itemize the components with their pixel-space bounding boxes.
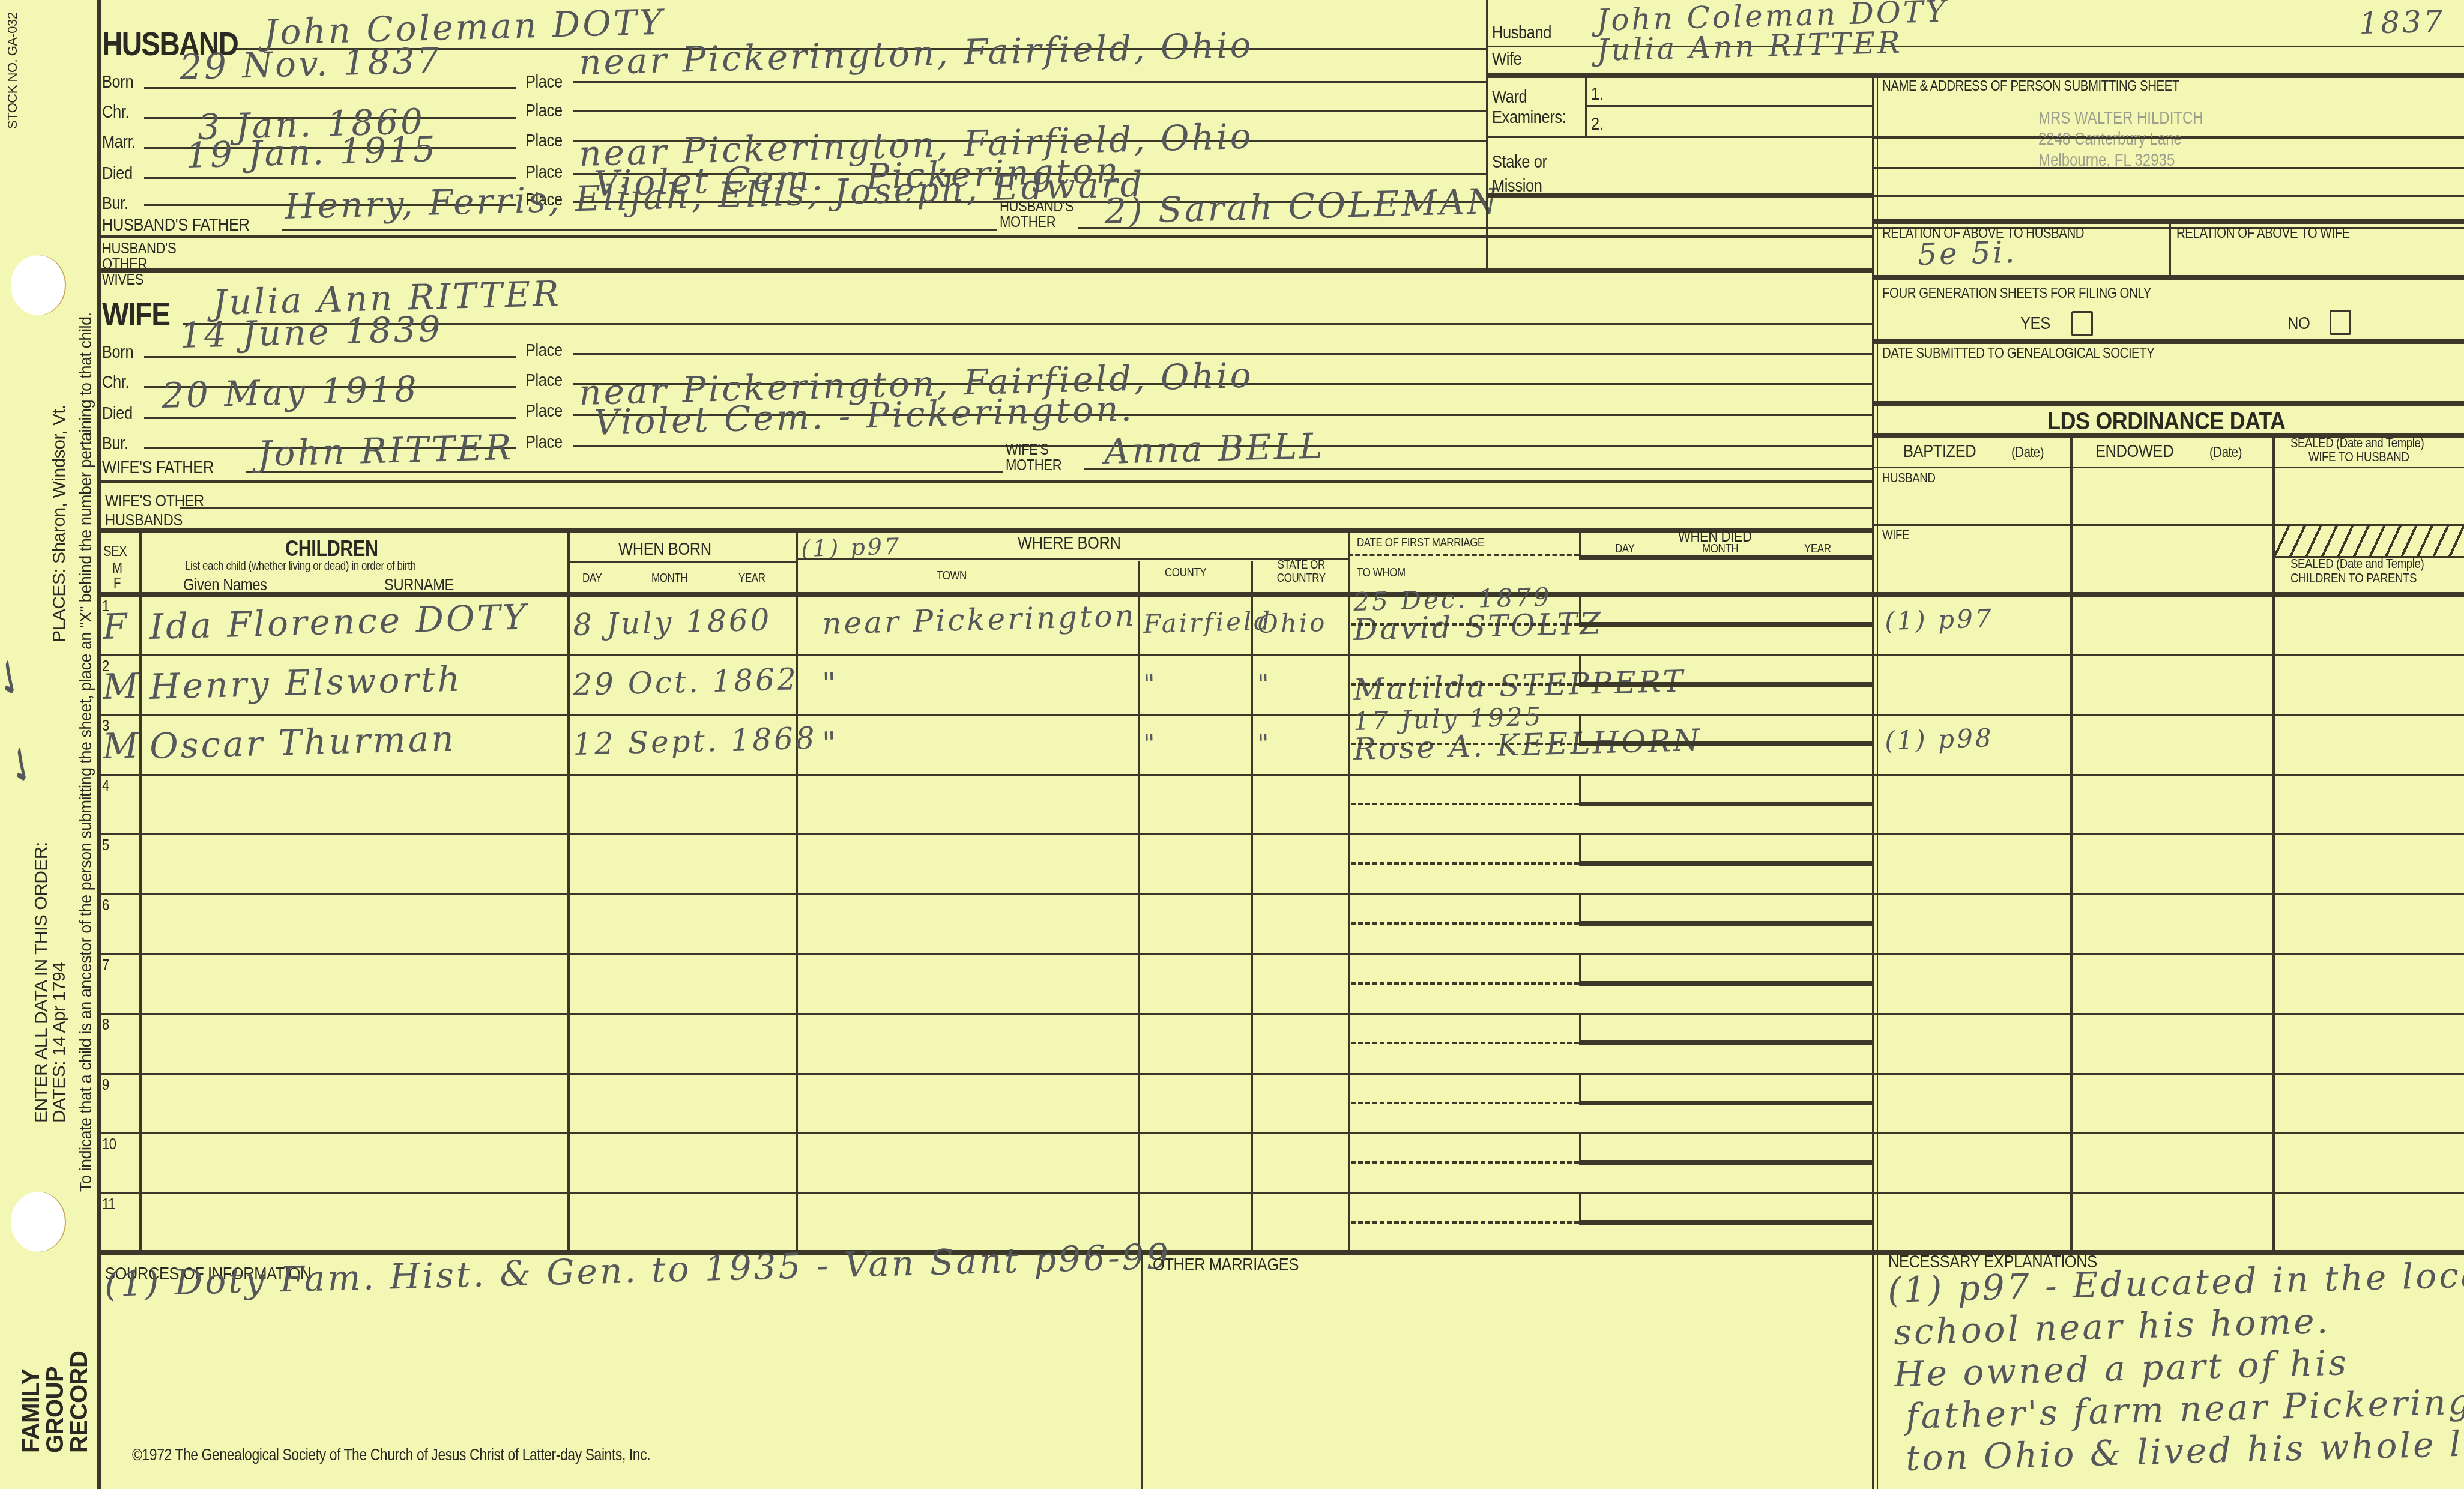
- born-month-header: MONTH: [651, 572, 687, 585]
- divider: [1579, 1013, 1581, 1043]
- table-row: [97, 774, 2464, 834]
- place-label: Place: [525, 72, 563, 92]
- dashed-rule: [1348, 554, 1579, 556]
- places-example: PLACES: Sharon, Windsor, Vt.: [49, 405, 70, 642]
- child-number: 5: [102, 836, 109, 854]
- header-wife-value[interactable]: Julia Ann RITTER: [1596, 25, 1903, 68]
- ancestor-note: To indicate that a child is an ancestor …: [77, 312, 95, 1192]
- died-year-header: YEAR: [1804, 542, 1831, 556]
- submitter-name: MRS WALTER HILDITCH: [2038, 108, 2203, 128]
- ward-examiner-2: 2.: [1591, 114, 1603, 134]
- child-lds-note[interactable]: (1) p97: [1885, 603, 1994, 636]
- wife-father-label: WIFE'S FATHER: [102, 458, 214, 478]
- wife-bur-label: Bur.: [102, 433, 128, 454]
- child-sex[interactable]: M: [102, 725, 141, 767]
- wife-died-date[interactable]: 20 May 1918: [161, 369, 420, 416]
- rule: [573, 110, 1488, 112]
- ward-examiners-label: Ward Examiners:: [1492, 87, 1576, 128]
- divider: [1579, 833, 1581, 863]
- rule: [1579, 741, 1873, 746]
- rule: [97, 235, 1874, 238]
- where-born-header: WHERE BORN: [1018, 533, 1120, 554]
- child-birth-state[interactable]: ": [1257, 729, 1272, 759]
- rule: [1579, 1220, 1873, 1225]
- child-spouse[interactable]: David STOLTZ: [1353, 606, 1603, 647]
- child-lds-note[interactable]: (1) p98: [1885, 723, 1994, 755]
- rule: [144, 87, 516, 89]
- dashed-rule: [1351, 982, 1579, 985]
- rule: [1874, 195, 2464, 197]
- wife-chr-label: Chr.: [102, 372, 129, 393]
- rule: [1579, 802, 1873, 806]
- divider: [1579, 1192, 1581, 1222]
- place-label: Place: [525, 340, 563, 361]
- state-header: STATE OR COUNTRY: [1268, 558, 1335, 585]
- rule: [567, 561, 796, 563]
- header-year[interactable]: 1837: [2358, 4, 2445, 41]
- husband-born-place[interactable]: near Pickerington, Fairfield, Ohio: [578, 25, 1254, 83]
- form-title-line-1: FAMILY: [18, 1369, 45, 1453]
- dates-example: DATES: 14 Apr 1794: [49, 962, 70, 1123]
- divider: [1579, 893, 1581, 923]
- child-sex[interactable]: F: [102, 606, 130, 647]
- no-label: NO: [2287, 313, 2310, 334]
- sex-m: M: [112, 560, 122, 577]
- wife-father[interactable]: John RITTER: [257, 427, 514, 474]
- child-birth-state[interactable]: Ohio: [1257, 608, 1327, 639]
- child-birth-date[interactable]: 29 Oct. 1862: [572, 662, 799, 702]
- relation-husband-value[interactable]: 5e 5i.: [1917, 235, 2017, 272]
- wife-born-date[interactable]: 14 June 1839: [179, 309, 443, 356]
- when-born-header: WHEN BORN: [618, 539, 711, 560]
- sealed-wife-sub: WIFE TO HUSBAND: [2308, 449, 2409, 465]
- table-row: [97, 833, 2464, 893]
- table-row: [97, 1073, 2464, 1133]
- child-birth-date[interactable]: 8 July 1860: [572, 602, 772, 642]
- rule: [97, 480, 1874, 483]
- rule: [1874, 467, 2464, 468]
- place-label: Place: [525, 101, 563, 121]
- dashed-rule: [1351, 1221, 1579, 1224]
- submitter-street: 2248 Canterbury Lane: [2038, 129, 2182, 150]
- sex-header: SEX: [103, 543, 127, 560]
- husband-chr-label: Chr.: [102, 102, 129, 122]
- divider: [1579, 953, 1581, 983]
- yes-checkbox[interactable]: [2071, 311, 2093, 336]
- dashed-rule: [1351, 683, 1579, 686]
- dashed-rule: [1351, 1102, 1579, 1104]
- to-whom-header: TO WHOM: [1357, 566, 1406, 580]
- sex-f: F: [113, 575, 121, 592]
- wife-mother-label: WIFE'S MOTHER: [1006, 441, 1057, 473]
- rule: [97, 1250, 2464, 1255]
- dashed-rule: [1351, 1042, 1579, 1044]
- binder-hole: [11, 1192, 65, 1252]
- child-birth-date[interactable]: 12 Sept. 1868: [572, 721, 817, 763]
- first-marriage-header: DATE OF FIRST MARRIAGE: [1357, 536, 1484, 550]
- rule: [1579, 555, 1873, 560]
- wife-other-husbands-label: WIFE'S OTHER HUSBANDS: [105, 491, 217, 530]
- child-number: 10: [102, 1135, 116, 1153]
- rule: [796, 558, 1348, 560]
- rule: [97, 528, 1874, 533]
- place-label: Place: [525, 432, 563, 453]
- baptized-header: BAPTIZED: [1903, 441, 1976, 462]
- husband-died-label: Died: [102, 163, 133, 184]
- wife-died-label: Died: [102, 403, 133, 424]
- child-number: 4: [102, 776, 109, 795]
- rule: [1874, 401, 2464, 406]
- husband-died-date[interactable]: 19 Jan. 1915: [185, 128, 438, 176]
- table-row: [97, 893, 2464, 953]
- divider: [1486, 0, 1488, 270]
- divider: [1579, 714, 1581, 744]
- lds-husband-label: HUSBAND: [1882, 470, 1935, 486]
- hatched-area: [2274, 526, 2464, 556]
- yes-label: YES: [2020, 313, 2050, 334]
- divider: [1579, 594, 1581, 624]
- divider: [1579, 774, 1581, 804]
- rule: [144, 417, 516, 419]
- husband-born-label: Born: [102, 72, 133, 92]
- children-note: List each child (whether living or dead)…: [185, 560, 416, 573]
- rule: [144, 177, 516, 179]
- died-month-header: MONTH: [1702, 542, 1738, 556]
- lds-title: LDS ORDINANCE DATA: [2047, 408, 2286, 435]
- wife-born-label: Born: [102, 342, 133, 363]
- rule: [1579, 1101, 1873, 1105]
- divider: [1579, 530, 1581, 557]
- divider: [1579, 1132, 1581, 1162]
- rule: [1874, 339, 2464, 344]
- divider: [2169, 221, 2171, 275]
- child-birth-county[interactable]: Fairfield: [1143, 606, 1273, 639]
- four-gen-label: FOUR GENERATION SHEETS FOR FILING ONLY: [1882, 285, 2151, 302]
- rule: [1579, 622, 1873, 627]
- checkmark-icon: ✓: [0, 738, 52, 797]
- husband-bur-label: Bur.: [102, 193, 128, 214]
- rule: [1579, 1040, 1873, 1045]
- rule: [97, 268, 1874, 273]
- husband-mother[interactable]: 2) Sarah COLEMAN: [1104, 181, 1500, 232]
- stake-mission-label: Stake or Mission: [1492, 150, 1574, 198]
- dashed-rule: [1351, 922, 1579, 925]
- rule: [1579, 921, 1873, 926]
- no-checkbox[interactable]: [2330, 310, 2351, 335]
- rule: [282, 229, 997, 231]
- table-row: [97, 1132, 2464, 1192]
- submitter-label: NAME & ADDRESS OF PERSON SUBMITTING SHEE…: [1882, 78, 2179, 95]
- child-name[interactable]: Henry Elsworth: [149, 658, 462, 707]
- rule: [1874, 137, 2464, 139]
- child-birth-town[interactable]: ": [821, 726, 839, 761]
- relation-wife-label: RELATION OF ABOVE TO WIFE: [2176, 225, 2350, 242]
- checkmark-icon: ✓: [0, 651, 40, 710]
- rule: [1874, 275, 2464, 280]
- died-day-header: DAY: [1615, 542, 1634, 556]
- dashed-rule: [1351, 623, 1579, 626]
- divider: [1579, 654, 1581, 684]
- divider: [1141, 1250, 1143, 1489]
- table-row: [97, 953, 2464, 1013]
- husband-mother-label: HUSBAND'S MOTHER: [1000, 198, 1056, 229]
- endowed-header: ENDOWED: [2095, 441, 2173, 462]
- husband-marr-label: Marr.: [102, 132, 136, 153]
- table-row: [97, 1192, 2464, 1252]
- county-header: COUNTY: [1165, 566, 1206, 580]
- child-birth-county[interactable]: ": [1143, 729, 1158, 759]
- rule: [573, 353, 1874, 355]
- rule: [1585, 105, 1873, 107]
- wife-heading: WIFE: [102, 294, 169, 333]
- rule: [573, 81, 1488, 83]
- rule: [1579, 682, 1873, 687]
- dashed-rule: [1351, 803, 1579, 805]
- born-day-header: DAY: [582, 572, 602, 585]
- where-born-source-note: (1) p97: [801, 533, 902, 562]
- child-number: 9: [102, 1075, 109, 1094]
- rule: [1579, 861, 1873, 866]
- rule: [1486, 73, 2464, 78]
- child-number: 7: [102, 956, 109, 974]
- other-marriages-label: OTHER MARRIAGES: [1153, 1255, 1299, 1275]
- baptized-date-note: (Date): [2011, 444, 2044, 461]
- place-label: Place: [525, 370, 563, 391]
- child-birth-town[interactable]: ": [821, 666, 839, 701]
- header-husband-label: Husband: [1492, 23, 1551, 43]
- sealed-children-header: SEALED (Date and Temple): [2290, 556, 2424, 572]
- divider: [1579, 1073, 1581, 1103]
- sealed-children-sub: CHILDREN TO PARENTS: [2290, 570, 2417, 586]
- dashed-rule: [1351, 1161, 1579, 1164]
- born-year-header: YEAR: [738, 572, 765, 585]
- header-wife-label: Wife: [1492, 49, 1521, 70]
- child-sex[interactable]: M: [102, 665, 141, 707]
- wife-mother[interactable]: Anna BELL: [1104, 425, 1325, 472]
- husband-born-date[interactable]: 29 Nov. 1837: [179, 40, 442, 88]
- dashed-rule: [1351, 862, 1579, 865]
- place-label: Place: [525, 401, 563, 421]
- endowed-date-note: (Date): [2209, 444, 2242, 461]
- binder-hole: [11, 255, 65, 315]
- child-name[interactable]: Oscar Thurman: [149, 718, 456, 767]
- husband-other-wives-label: HUSBAND'S OTHER WIVES: [102, 240, 184, 287]
- enter-order-label: ENTER ALL DATA IN THIS ORDER:: [31, 842, 52, 1123]
- rule: [1579, 981, 1873, 986]
- rule: [180, 507, 1874, 509]
- form-title-line-2: GROUP: [42, 1367, 69, 1453]
- rule: [1874, 167, 2464, 169]
- husband-father-label: HUSBAND'S FATHER: [102, 215, 250, 235]
- rule: [144, 356, 516, 358]
- place-label: Place: [525, 131, 563, 151]
- child-number: 8: [102, 1015, 109, 1034]
- rule: [1486, 193, 1873, 198]
- child-number: 6: [102, 896, 109, 914]
- stock-number: STOCK NO. GA-032: [5, 12, 20, 129]
- form-title-line-3: RECORD: [66, 1351, 93, 1453]
- children-header: CHILDREN: [285, 536, 378, 561]
- child-number: 11: [102, 1195, 115, 1213]
- town-header: TOWN: [937, 569, 967, 583]
- child-birth-county[interactable]: ": [1143, 669, 1158, 699]
- lds-wife-label: WIFE: [1882, 527, 1909, 543]
- date-submitted-label: DATE SUBMITTED TO GENEALOGICAL SOCIETY: [1882, 345, 2155, 362]
- rule: [1579, 1160, 1873, 1165]
- table-row: [97, 1013, 2464, 1073]
- child-birth-state[interactable]: ": [1257, 669, 1272, 699]
- ward-examiner-1: 1.: [1591, 84, 1603, 104]
- copyright: ©1972 The Genealogical Society of The Ch…: [132, 1446, 650, 1464]
- dashed-rule: [1351, 743, 1579, 745]
